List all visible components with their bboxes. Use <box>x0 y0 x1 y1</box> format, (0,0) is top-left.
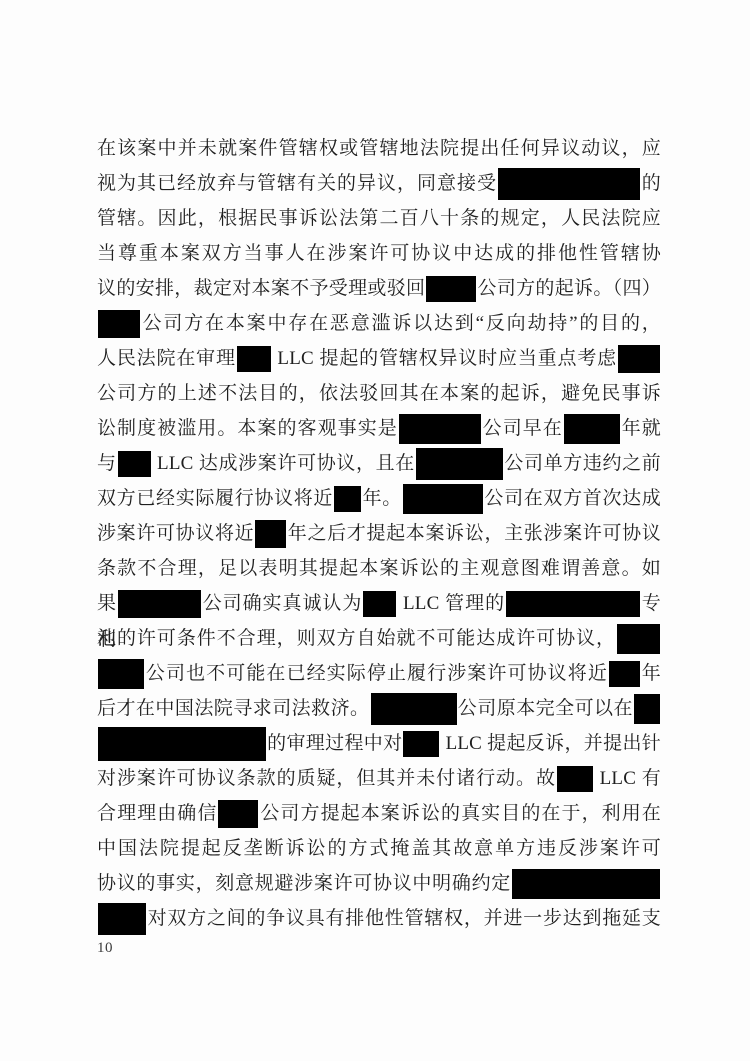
text-run: 条款不合理，足以表明其提起本案诉讼的主观意图难谓善意。如 <box>97 558 661 579</box>
redaction-box <box>403 484 483 514</box>
text-run: 公司在双方首次达成 <box>484 488 661 509</box>
text-line: 与 LLC 达成涉案许可协议，且在公司单方违约之前 <box>97 445 661 480</box>
text-run: 公司方的起诉。（四） <box>477 278 661 299</box>
text-line: 涉案许可协议将近年之后才提起本案诉讼，主张涉案许可协议 <box>97 515 661 550</box>
text-line: 果公司确实真诚认为 LLC 管理的专利 <box>97 585 661 620</box>
text-line: 条款不合理，足以表明其提起本案诉讼的主观意图难谓善意。如 <box>97 550 661 585</box>
text-line: 议的安排，裁定对本案不予受理或驳回公司方的起诉。（四） <box>97 270 661 305</box>
text-run: 协议的事实，刻意规避涉案许可协议中明确约定 <box>97 873 511 894</box>
redaction-box <box>403 731 439 757</box>
text-line: 合理理由确信公司方提起本案诉讼的真实目的在于，利用在 <box>97 795 661 830</box>
text-run: 中国法院提起反垄断诉讼的方式掩盖其故意单方违反涉案许可 <box>97 838 661 859</box>
text-run: 双方已经实际履行协议将近 <box>97 488 333 509</box>
text-run: 涉案许可协议将近 <box>97 523 254 544</box>
redaction-box <box>416 448 503 480</box>
redaction-box <box>255 520 286 548</box>
redaction-box <box>498 168 640 200</box>
document-page: 在该案中并未就案件管辖权或管辖地法院提出任何异议动议，应视为其已经放弃与管辖有关… <box>0 0 750 1061</box>
text-line: 池的许可条件不合理，则双方自始就不可能达成许可协议， <box>97 620 661 655</box>
redaction-box <box>118 590 201 618</box>
redaction-box <box>98 310 140 338</box>
text-run: 的 <box>641 173 661 194</box>
text-run: 池的许可条件不合理，则双方自始就不可能达成许可协议， <box>97 628 616 649</box>
redaction-box <box>98 903 146 935</box>
page-number: 10 <box>97 940 113 957</box>
text-run: 合理理由确信 <box>97 803 217 824</box>
redaction-box <box>98 659 144 689</box>
text-run: 后才在中国法院寻求司法救济。 <box>97 698 370 719</box>
text-line: 后才在中国法院寻求司法救济。公司原本完全可以在 <box>97 690 661 725</box>
redaction-box <box>363 591 396 617</box>
redaction-box <box>557 766 593 792</box>
text-run: LLC 达成涉案许可协议，且在 <box>152 453 415 474</box>
text-line: 中国法院提起反垄断诉讼的方式掩盖其故意单方违反涉案许可 <box>97 830 661 865</box>
text-run: 公司也不可能在已经实际停止履行涉案许可协议将近 <box>145 663 608 684</box>
text-run: 年 <box>641 663 661 684</box>
text-line: 对双方之间的争议具有排他性管辖权，并进一步达到拖延支 <box>97 900 661 935</box>
text-run: 果 <box>97 593 117 614</box>
text-line: 的审理过程中对 LLC 提起反诉，并提出针 <box>97 725 661 760</box>
text-line: 管辖。因此，根据民事诉讼法第二百八十条的规定，人民法院应 <box>97 200 661 235</box>
redaction-box <box>634 694 660 724</box>
text-line: 双方已经实际履行协议将近年。公司在双方首次达成 <box>97 480 661 515</box>
text-line: 人民法院在审理 LLC 提起的管辖权异议时应当重点考虑 <box>97 340 661 375</box>
text-line: 对涉案许可协议条款的质疑，但其并未付诸行动。故 LLC 有 <box>97 760 661 795</box>
text-run: 对涉案许可协议条款的质疑，但其并未付诸行动。故 <box>97 768 556 789</box>
redaction-box <box>564 414 620 444</box>
document-body: 在该案中并未就案件管辖权或管辖地法院提出任何异议动议，应视为其已经放弃与管辖有关… <box>97 130 661 935</box>
text-run: LLC 提起反诉，并提出针 <box>440 733 661 754</box>
text-run: 当尊重本案双方当事人在涉案许可协议中达成的排他性管辖协 <box>97 243 661 264</box>
text-run: LLC 提起的管辖权异议时应当重点考虑 <box>272 348 617 369</box>
text-run: 管辖。因此，根据民事诉讼法第二百八十条的规定，人民法院应 <box>97 208 661 229</box>
redaction-box <box>237 346 271 372</box>
text-run: 公司方在本案中存在恶意滥诉以达到“反向劫持”的目的， <box>141 313 661 334</box>
text-line: 公司方的上述不法目的，依法驳回其在本案的起诉，避免民事诉 <box>97 375 661 410</box>
text-run: LLC 管理的 <box>397 593 505 614</box>
text-line: 公司方在本案中存在恶意滥诉以达到“反向劫持”的目的， <box>97 305 661 340</box>
redaction-box <box>506 591 640 617</box>
text-line: 协议的事实，刻意规避涉案许可协议中明确约定 <box>97 865 661 900</box>
text-line: 在该案中并未就案件管辖权或管辖地法院提出任何异议动议，应 <box>97 130 661 165</box>
redaction-box <box>334 486 361 512</box>
text-run: 公司确实真诚认为 <box>202 593 362 614</box>
redaction-box <box>617 624 660 654</box>
redaction-box <box>426 276 476 302</box>
text-run: 对双方之间的争议具有排他性管辖权，并进一步达到拖延支 <box>147 908 661 929</box>
redaction-box <box>218 800 258 828</box>
text-run: LLC 有 <box>594 768 661 789</box>
text-run: 公司早在 <box>482 418 563 439</box>
redaction-box <box>609 661 640 687</box>
redaction-box <box>512 869 660 899</box>
text-run: 视为其已经放弃与管辖有关的异议，同意接受 <box>97 173 497 194</box>
redaction-box <box>618 345 660 373</box>
redaction-box <box>118 451 151 477</box>
redaction-box <box>98 727 266 761</box>
text-run: 与 <box>97 453 117 474</box>
text-line: 公司也不可能在已经实际停止履行涉案许可协议将近年 <box>97 655 661 690</box>
text-run: 公司单方违约之前 <box>504 453 661 474</box>
text-line: 讼制度被滥用。本案的客观事实是公司早在年就 <box>97 410 661 445</box>
text-run: 公司方的上述不法目的，依法驳回其在本案的起诉，避免民事诉 <box>97 383 661 404</box>
text-run: 年就 <box>621 418 661 439</box>
text-run: 人民法院在审理 <box>97 348 236 369</box>
text-run: 的审理过程中对 <box>267 733 402 754</box>
text-run: 讼制度被滥用。本案的客观事实是 <box>97 418 398 439</box>
text-run: 年之后才提起本案诉讼，主张涉案许可协议 <box>287 523 661 544</box>
text-line: 视为其已经放弃与管辖有关的异议，同意接受的 <box>97 165 661 200</box>
text-run: 公司原本完全可以在 <box>458 698 633 719</box>
redaction-box <box>399 414 481 444</box>
text-run: 年。 <box>362 488 402 509</box>
text-line: 当尊重本案双方当事人在涉案许可协议中达成的排他性管辖协 <box>97 235 661 270</box>
text-run: 在该案中并未就案件管辖权或管辖地法院提出任何异议动议，应 <box>97 138 661 159</box>
text-run: 议的安排，裁定对本案不予受理或驳回 <box>97 278 425 299</box>
redaction-box <box>371 693 457 725</box>
text-run: 公司方提起本案诉讼的真实目的在于，利用在 <box>259 803 661 824</box>
